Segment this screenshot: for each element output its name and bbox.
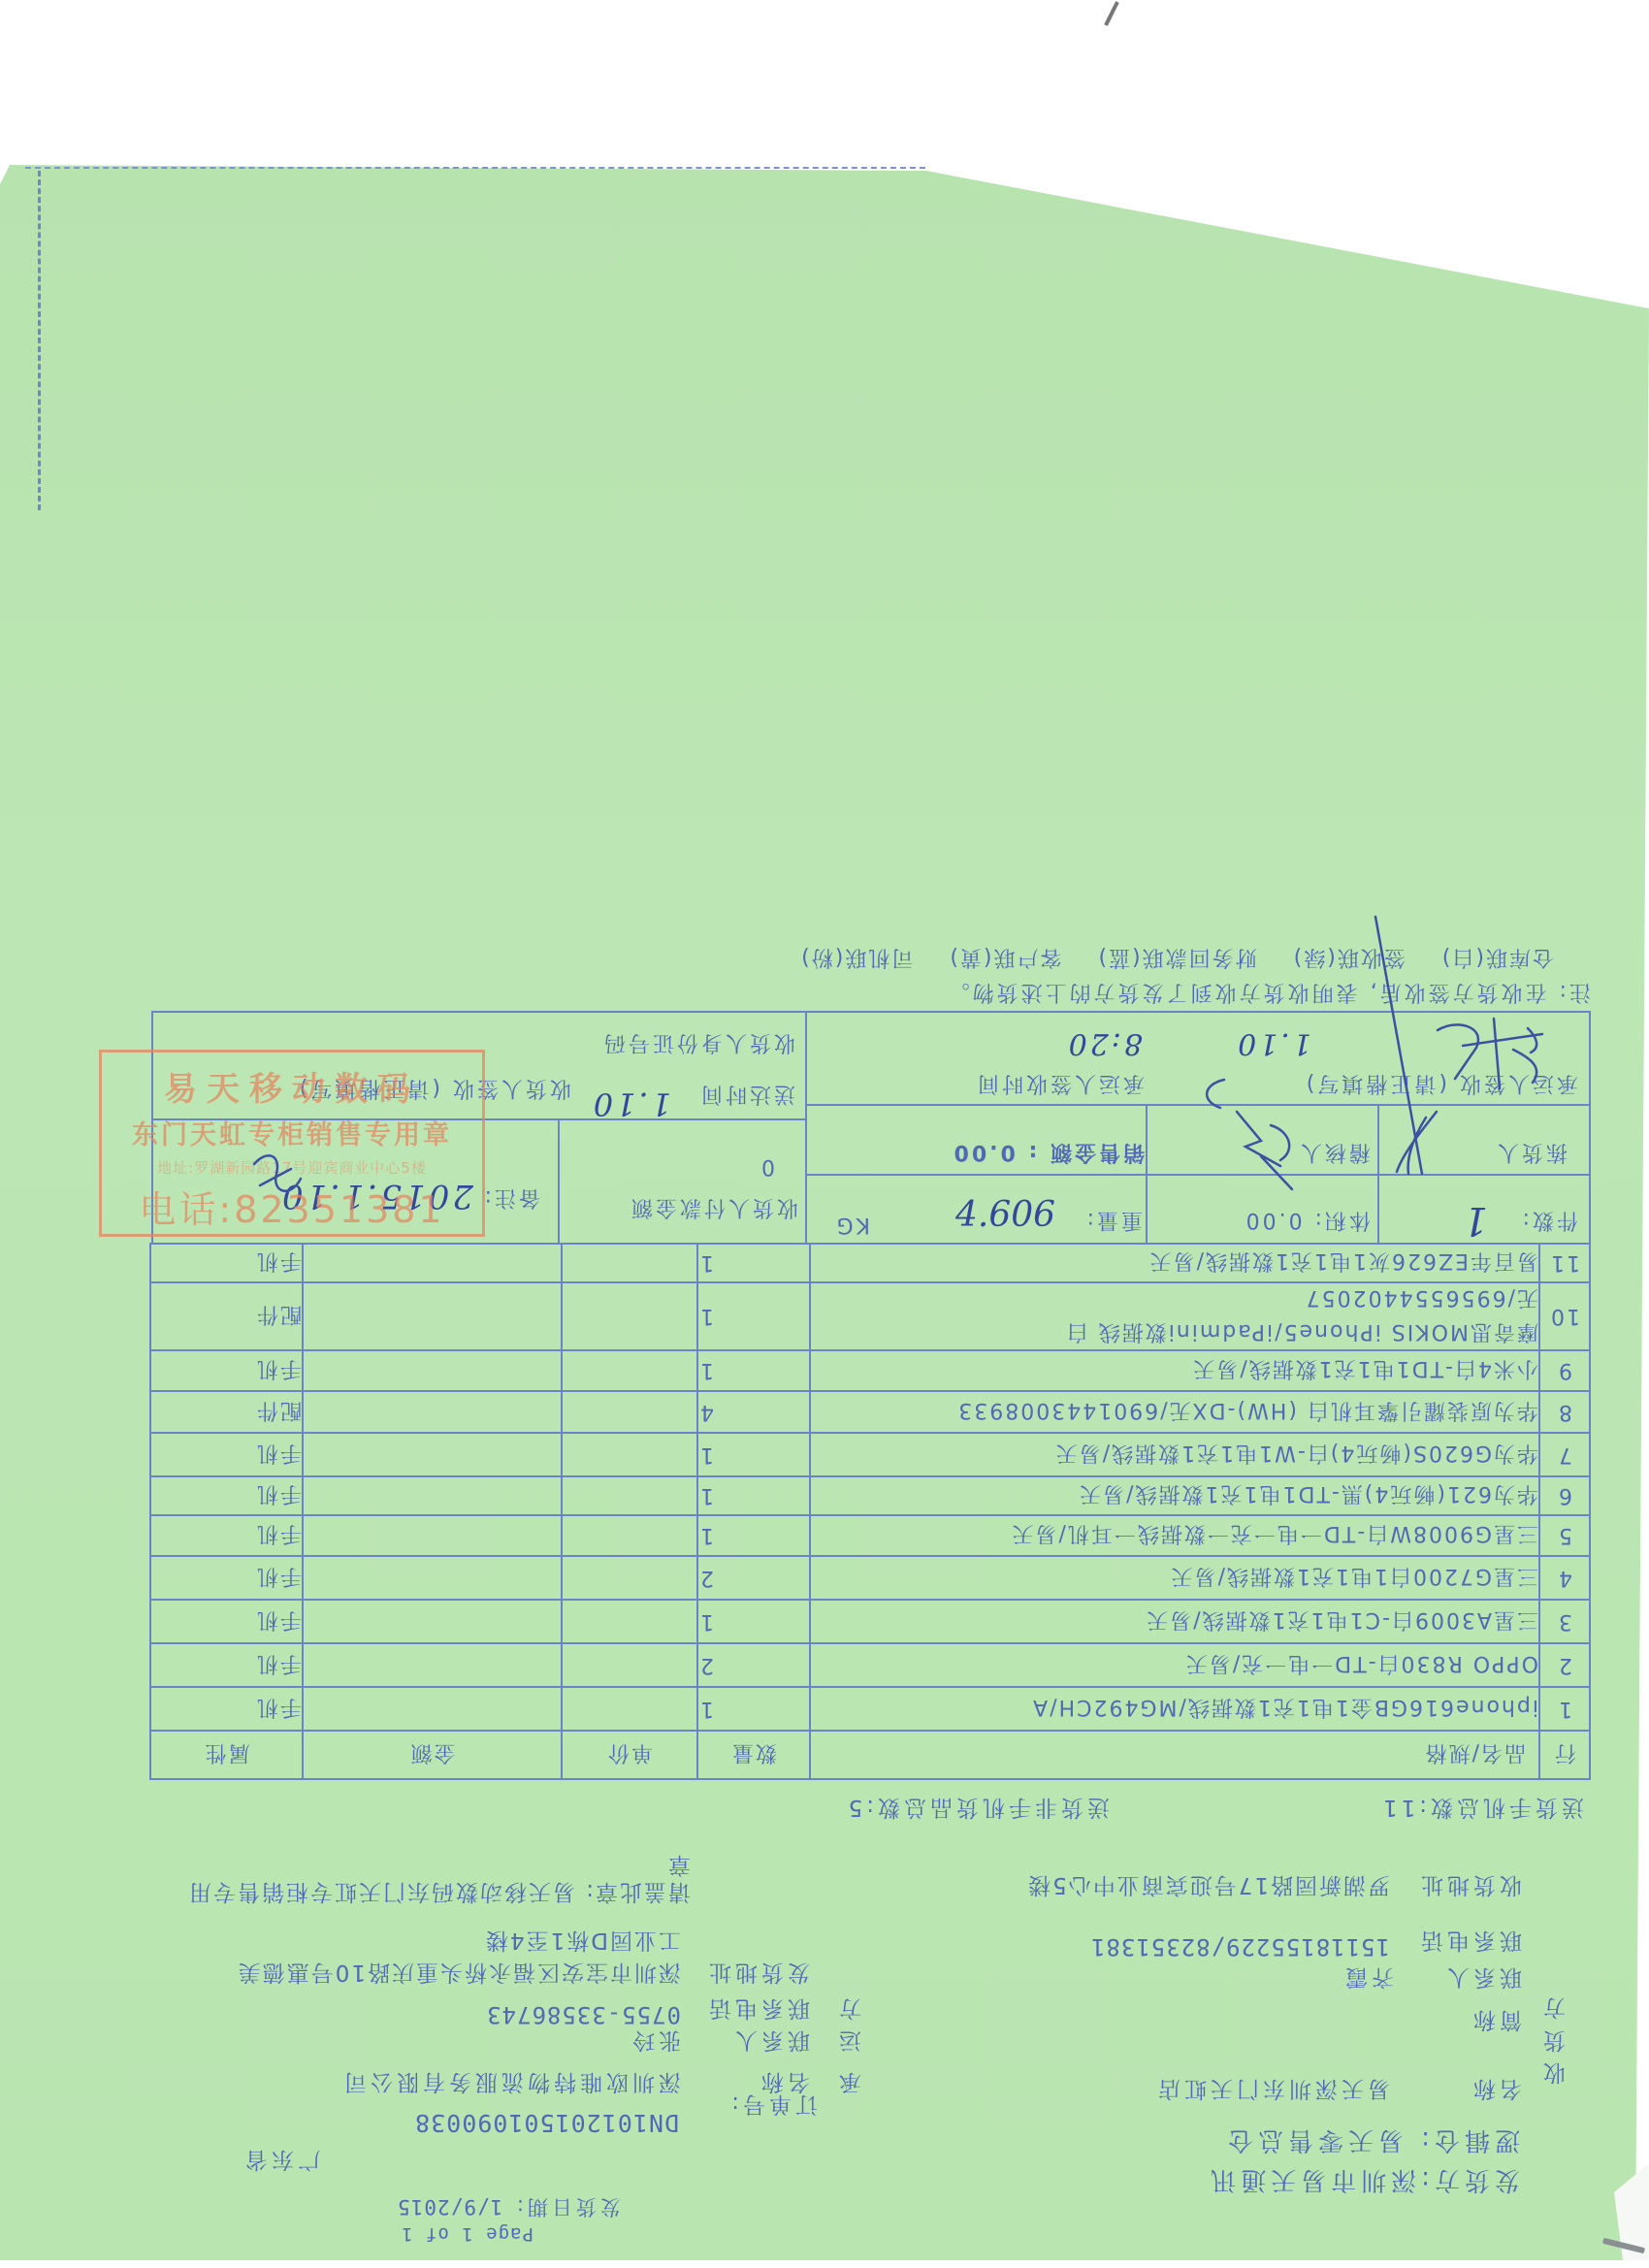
receiver-id-label: 收货人身份证号码: [601, 1029, 795, 1059]
consignee-contact: 齐霞: [1342, 1963, 1394, 1995]
row-name-spec-line1: 摩奇思MOKIS iPhone5/iPadmini数据线 白: [811, 1318, 1538, 1348]
row-unit-price: [562, 1556, 697, 1600]
row-attribute: 手机: [150, 1643, 303, 1687]
carrier-contact: 张玲: [629, 2026, 681, 2058]
row-qty: 2: [697, 1556, 810, 1600]
row-attribute: 配件: [150, 1282, 303, 1350]
volume-value: 0.00: [1244, 1208, 1303, 1232]
row-qty: 1: [697, 1282, 810, 1350]
ship-date-value: 1/9/2015: [397, 2195, 502, 2219]
row-amount: [303, 1643, 562, 1687]
carrier-side-label-2: 运: [835, 2026, 861, 2058]
table-row: 4 三星G7200白1电1充1数据线/易天 2 手机: [150, 1556, 1590, 1600]
row-name-spec: 易百年EZ626灰1电1充1数据线/易天: [810, 1244, 1539, 1282]
row-amount: [303, 1282, 562, 1350]
table-row: 8 华为原装耀引擎耳机白 (HW)-DX无/6901443008933 4 配件: [150, 1391, 1590, 1433]
carrier-address-line1: 深圳市宝安区福永桥头重庆路10号惠德美: [237, 1959, 681, 1991]
consignee-name-label: 名称: [1470, 2075, 1522, 2107]
weight-handwritten: 4.606: [955, 1195, 1055, 1235]
row-qty: 1: [697, 1687, 810, 1731]
table-row: 9 小米4白-TD1电1充1数据线/易天 1 手机: [150, 1350, 1590, 1391]
row-qty: 4: [697, 1391, 810, 1433]
row-amount: [303, 1515, 562, 1556]
header-amount: 金额: [303, 1731, 562, 1779]
row-name-spec: OPPO R830白-TD一电一充/易天: [810, 1643, 1539, 1687]
row-number: 5: [1539, 1515, 1590, 1556]
volume-label: 体积:: [1312, 1208, 1371, 1232]
row-attribute: 配件: [150, 1391, 303, 1433]
volume: 体积: 0.00: [1244, 1207, 1371, 1237]
row-amount: [303, 1244, 562, 1282]
row-amount: [303, 1556, 562, 1600]
copy-list: 仓库联(白) 签收联(绿) 财务回款联(蓝) 客户联(黄) 司机联(粉): [799, 944, 1554, 974]
order-number: DN101201501090038: [414, 2109, 679, 2137]
row-unit-price: [562, 1643, 697, 1687]
pieces-handwritten: 1: [1461, 1198, 1488, 1243]
row-attribute: 手机: [150, 1433, 303, 1476]
divider: [1146, 1106, 1148, 1245]
row-attribute: 手机: [150, 1476, 303, 1515]
receiver-payment-value: 0: [759, 1154, 775, 1179]
row-number: 7: [1539, 1433, 1590, 1476]
phone-total: 送货手机总数:11: [1379, 1794, 1584, 1826]
consignee-side-label-2: 货: [1539, 2026, 1566, 2058]
table-header-row: 行 品名/规格 数量 单价 金额 属性: [150, 1731, 1590, 1779]
header-attribute: 属性: [150, 1731, 303, 1779]
row-qty: 1: [697, 1350, 810, 1391]
divider: [805, 1013, 807, 1245]
row-attribute: 手机: [150, 1350, 303, 1391]
row-name-spec: 华为G620S(畅玩4)白-W1电1充1数据线/易天: [810, 1433, 1539, 1476]
phone-total-value: 11: [1379, 1795, 1415, 1820]
carrier-side-label-1: 承: [835, 2068, 861, 2100]
carrier-contact-label: 联系人: [731, 2026, 810, 2058]
warehouse-value: 易天零售总仓: [1223, 2125, 1404, 2155]
table-row: 7 华为G620S(畅玩4)白-W1电1充1数据线/易天 1 手机: [150, 1433, 1590, 1476]
consignee-address: 罗湖新园路17号迎宾商业中心5楼: [1026, 1871, 1390, 1903]
stamp-line3: 地址:罗湖新园路17号迎宾商业中心5楼: [102, 1157, 482, 1178]
page-number: Page 1 of 1: [417, 2223, 533, 2245]
warehouse-label: 逻辑仓:: [1416, 2125, 1520, 2155]
row-unit-price: [562, 1687, 697, 1731]
row-unit-price: [562, 1600, 697, 1643]
row-number: 11: [1539, 1244, 1590, 1282]
row-amount: [303, 1350, 562, 1391]
province: 广东省: [242, 2146, 320, 2178]
ship-date: 发货日期: 1/9/2015: [397, 2193, 621, 2222]
row-name-spec: 小米4白-TD1电1充1数据线/易天: [810, 1350, 1539, 1391]
row-attribute: 手机: [150, 1556, 303, 1600]
table-row: 3 三星A3009白-C1电1充1数据线/易天 1 手机: [150, 1600, 1590, 1643]
picker-label: 拣货人: [1495, 1139, 1568, 1169]
row-unit-price: [562, 1515, 697, 1556]
sales-amount: 销售金额 : 0.00: [952, 1139, 1145, 1169]
row-qty: 1: [697, 1515, 810, 1556]
header-unit-price: 单价: [562, 1731, 697, 1779]
non-phone-total-value: 5: [845, 1795, 863, 1820]
table-row: 1 iphone616GB金1电1充1数据线/MG492CH/A 1 手机: [150, 1687, 1590, 1731]
carrier-sign-date-handwritten: 1.10: [1235, 1026, 1311, 1060]
consignee-phone-label: 联系电话: [1417, 1927, 1522, 1959]
stamp-line4: 电话:82351381: [102, 1180, 482, 1233]
carrier-name: 深圳欧唯特物流服务有限公司: [340, 2068, 681, 2100]
carrier-side-label-3: 方: [835, 1994, 861, 2026]
row-name-spec: 摩奇思MOKIS iPhone5/iPadmini数据线 白 无/6956554…: [810, 1282, 1539, 1350]
stamp-request-line1: 请盖此章: 易天移动数码东门天虹专柜销售专用: [187, 1878, 691, 1910]
weight-label: 重量:: [1084, 1207, 1143, 1237]
row-name-spec: iphone616GB金1电1充1数据线/MG492CH/A: [810, 1687, 1539, 1731]
carrier-sign-time-label: 承运人签收时间: [975, 1070, 1145, 1100]
carrier-phone: 0755-33586743: [486, 2001, 681, 2028]
weight-unit: KG: [834, 1213, 870, 1237]
phone-total-label: 送货手机总数:: [1415, 1795, 1584, 1820]
remark-label: 备注:: [482, 1184, 540, 1215]
row-unit-price: [562, 1282, 697, 1350]
consignee-contact-label: 联系人: [1443, 1963, 1522, 1995]
row-qty: 1: [697, 1433, 810, 1476]
copy-customer: 客户联(黄): [948, 945, 1061, 969]
non-phone-total: 送货非手机货品总数:5: [845, 1794, 1110, 1826]
row-amount: [303, 1391, 562, 1433]
carrier-phone-label: 联系电话: [705, 1994, 810, 2026]
consignee-address-label: 收货地址: [1417, 1871, 1522, 1903]
carrier-name-label: 名称: [758, 2068, 810, 2100]
row-attribute: 手机: [150, 1600, 303, 1643]
row-unit-price: [562, 1244, 697, 1282]
sales-amount-label: 销售金额 :: [1026, 1140, 1145, 1164]
copy-finance: 财务回款联(蓝): [1097, 945, 1257, 969]
stamp-line2: 东门天虹专柜销售专用章: [102, 1114, 482, 1151]
divider: [558, 1120, 560, 1245]
ship-date-label: 发货日期:: [513, 2195, 621, 2219]
row-unit-price: [562, 1391, 697, 1433]
table-row: 6 华为621(畅玩4)黑-TD1电1充1数据线/易天 1 手机: [150, 1476, 1590, 1515]
header-qty: 数量: [697, 1731, 810, 1779]
stamp-line1: 易天移动数码: [102, 1062, 482, 1110]
row-attribute: 手机: [150, 1687, 303, 1731]
carrier-sign-label: 承运人签收 (请正楷填写): [1304, 1070, 1578, 1100]
delivery-time-handwritten: 1.10: [591, 1085, 671, 1122]
row-number: 6: [1539, 1476, 1590, 1515]
row-unit-price: [562, 1476, 697, 1515]
row-name-spec: 华为621(畅玩4)黑-TD1电1充1数据线/易天: [810, 1476, 1539, 1515]
row-name-spec: 三星G9008W白-TD一电一充一数据线一耳机/易天: [810, 1515, 1539, 1556]
delivery-time-label: 送达时间: [698, 1081, 795, 1111]
shipper: 发货方:深圳市易天通讯: [1206, 2164, 1520, 2200]
carrier-address-label: 发货地址: [705, 1959, 810, 1991]
row-qty: 1: [697, 1476, 810, 1515]
row-amount: [303, 1687, 562, 1731]
row-qty: 2: [697, 1643, 810, 1687]
sign-note: 注: 在收货方签收后, 表明收货方收到了发货方的上述货物。: [946, 979, 1591, 1009]
shipper-label: 发货方:: [1416, 2165, 1520, 2194]
row-number: 1: [1539, 1687, 1590, 1731]
shipper-value: 深圳市易天通讯: [1206, 2165, 1416, 2194]
copy-driver: 司机联(粉): [799, 945, 913, 969]
warehouse: 逻辑仓: 易天零售总仓: [1223, 2124, 1520, 2160]
items-table: 行 品名/规格 数量 单价 金额 属性 1 iphone616GB金1电1充1数…: [149, 1243, 1591, 1780]
consignee-phone: 15118155229/82351381: [1090, 1933, 1390, 1960]
row-amount: [303, 1600, 562, 1643]
consignee-short-label: 简称: [1470, 2006, 1522, 2038]
non-phone-total-label: 送货非手机货品总数:: [862, 1795, 1110, 1820]
table-row: 10 摩奇思MOKIS iPhone5/iPadmini数据线 白 无/6956…: [150, 1282, 1590, 1350]
divider: [807, 1174, 1589, 1176]
row-qty: 1: [697, 1600, 810, 1643]
row-number: 9: [1539, 1350, 1590, 1391]
carrier-address-line2: 工业园D栋1至4楼: [484, 1927, 681, 1959]
pieces-label: 件数:: [1520, 1207, 1578, 1237]
row-number: 4: [1539, 1556, 1590, 1600]
divider: [807, 1104, 1589, 1106]
row-name-spec-line2: 无/6956554402057: [811, 1284, 1538, 1314]
row-amount: [303, 1433, 562, 1476]
row-unit-price: [562, 1433, 697, 1476]
copy-warehouse: 仓库联(白): [1440, 945, 1554, 969]
row-name-spec: 三星A3009白-C1电1充1数据线/易天: [810, 1600, 1539, 1643]
row-attribute: 手机: [150, 1515, 303, 1556]
divider: [1377, 1106, 1379, 1245]
consignee-name: 易天深圳东门天虹店: [1154, 2075, 1390, 2107]
table-row: 2 OPPO R830白-TD一电一充/易天 2 手机: [150, 1643, 1590, 1687]
table-row: 11 易百年EZ626灰1电1充1数据线/易天 1 手机: [150, 1244, 1590, 1282]
row-attribute: 手机: [150, 1244, 303, 1282]
header-line: 行: [1539, 1731, 1590, 1779]
row-number: 2: [1539, 1643, 1590, 1687]
row-name-spec: 三星G7200白1电1充1数据线/易天: [810, 1556, 1539, 1600]
sales-amount-value: 0.00: [952, 1140, 1016, 1164]
row-unit-price: [562, 1350, 697, 1391]
row-qty: 1: [697, 1244, 810, 1282]
row-number: 3: [1539, 1600, 1590, 1643]
header-name-spec: 品名/规格: [810, 1731, 1539, 1779]
copy-sign: 签收联(绿): [1292, 945, 1406, 969]
consignee-side-label-3: 方: [1539, 1993, 1566, 2025]
row-amount: [303, 1476, 562, 1515]
consignee-side-label-1: 收: [1539, 2058, 1566, 2090]
table-row: 5 三星G9008W白-TD一电一充一数据线一耳机/易天 1 手机: [150, 1515, 1590, 1556]
receiver-payment-label: 收货人付款金额: [629, 1194, 798, 1224]
row-number: 10: [1539, 1282, 1590, 1350]
auditor-label: 稽核人: [1298, 1139, 1371, 1169]
carrier-sign-time-handwritten: 8:20: [1066, 1026, 1143, 1060]
row-name-spec: 华为原装耀引擎耳机白 (HW)-DX无/6901443008933: [810, 1391, 1539, 1433]
company-seal-stamp: 易天移动数码 东门天虹专柜销售专用章 地址:罗湖新园路17号迎宾商业中心5楼 电…: [99, 1050, 485, 1237]
stamp-request-line2: 章: [664, 1851, 691, 1883]
row-number: 8: [1539, 1391, 1590, 1433]
